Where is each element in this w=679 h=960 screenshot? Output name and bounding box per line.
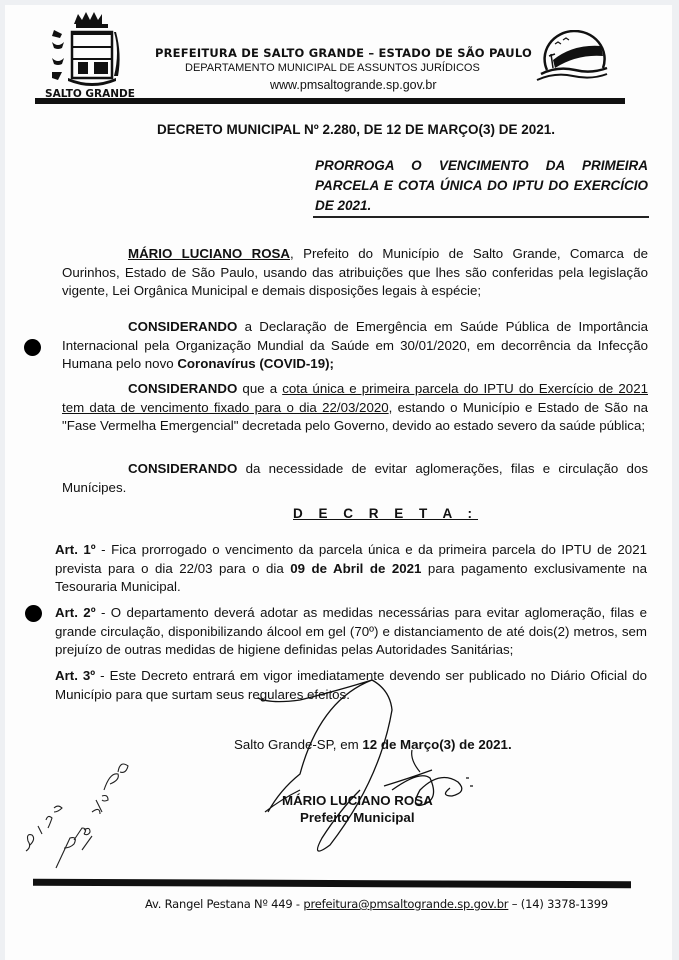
article-label: Art. 2º [55,605,96,620]
article-2: Art. 2º - O departamento deverá adotar a… [55,604,647,660]
article-text: - O departamento deverá adotar as medida… [55,605,647,657]
header-website: www.pmsaltogrande.sp.gov.br [270,78,437,92]
article-label: Art. 1º [55,542,96,557]
article-bold: 09 de Abril de 2021 [290,561,421,576]
place-date: Salto Grande-SP, em 12 de Março(3) de 20… [234,737,512,752]
header-rule [35,98,625,104]
article-label: Art. 3º [55,668,95,683]
decreta-heading: D E C R E T A : [293,506,478,521]
article-3: Art. 3º - Este Decreto entrará em vigor … [55,667,647,704]
header-title: PREFEITURA DE SALTO GRANDE – ESTADO DE S… [155,46,532,60]
considerando-lead: CONSIDERANDO [128,461,237,476]
considerando-bold: Coronavírus (COVID-19); [177,356,334,371]
decree-title: DECRETO MUNICIPAL Nº 2.280, DE 12 DE MAR… [157,122,555,137]
footer-email-link[interactable]: prefeitura@pmsaltogrande.sp.gov.br [303,897,508,911]
date-text: 12 de Março(3) de 2021. [362,737,511,752]
coat-of-arms-icon: SALTO GRANDE [38,8,143,100]
mayor-name: MÁRIO LUCIANO ROSA [128,246,290,261]
footer-phone: – (14) 3378-1399 [508,897,608,911]
article-text: - Este Decreto entrará em vigor imediata… [55,668,647,702]
footer-address: Av. Rangel Pestana Nº 449 - [145,897,303,911]
footer: Av. Rangel Pestana Nº 449 - prefeitura@p… [145,897,608,911]
place-text: Salto Grande-SP, em [234,737,362,752]
considerando-paragraph: CONSIDERANDO que a cota única e primeira… [62,380,648,436]
signer-role: Prefeito Municipal [300,810,415,825]
preamble-paragraph: MÁRIO LUCIANO ROSA, Prefeito do Municípi… [62,245,648,301]
signer-name: MÁRIO LUCIANO ROSA [282,793,433,808]
considerando-text: que a [237,381,282,396]
ementa-rule [313,216,649,218]
bullet-dot [25,605,42,622]
considerando-lead: CONSIDERANDO [128,381,237,396]
considerando-paragraph: CONSIDERANDO da necessidade de evitar ag… [62,460,648,497]
header-department: DEPARTAMENTO MUNICIPAL DE ASSUNTOS JURÍD… [185,62,480,74]
decree-ementa: PRORROGA O VENCIMENTO DA PRIMEIRA PARCEL… [315,156,648,216]
considerando-lead: CONSIDERANDO [128,319,237,334]
waterfall-emblem-icon [533,30,611,82]
article-1: Art. 1º - Fica prorrogado o vencimento d… [55,541,647,597]
considerando-paragraph: CONSIDERANDO a Declaração de Emergência … [62,318,648,374]
bullet-dot [24,339,41,356]
